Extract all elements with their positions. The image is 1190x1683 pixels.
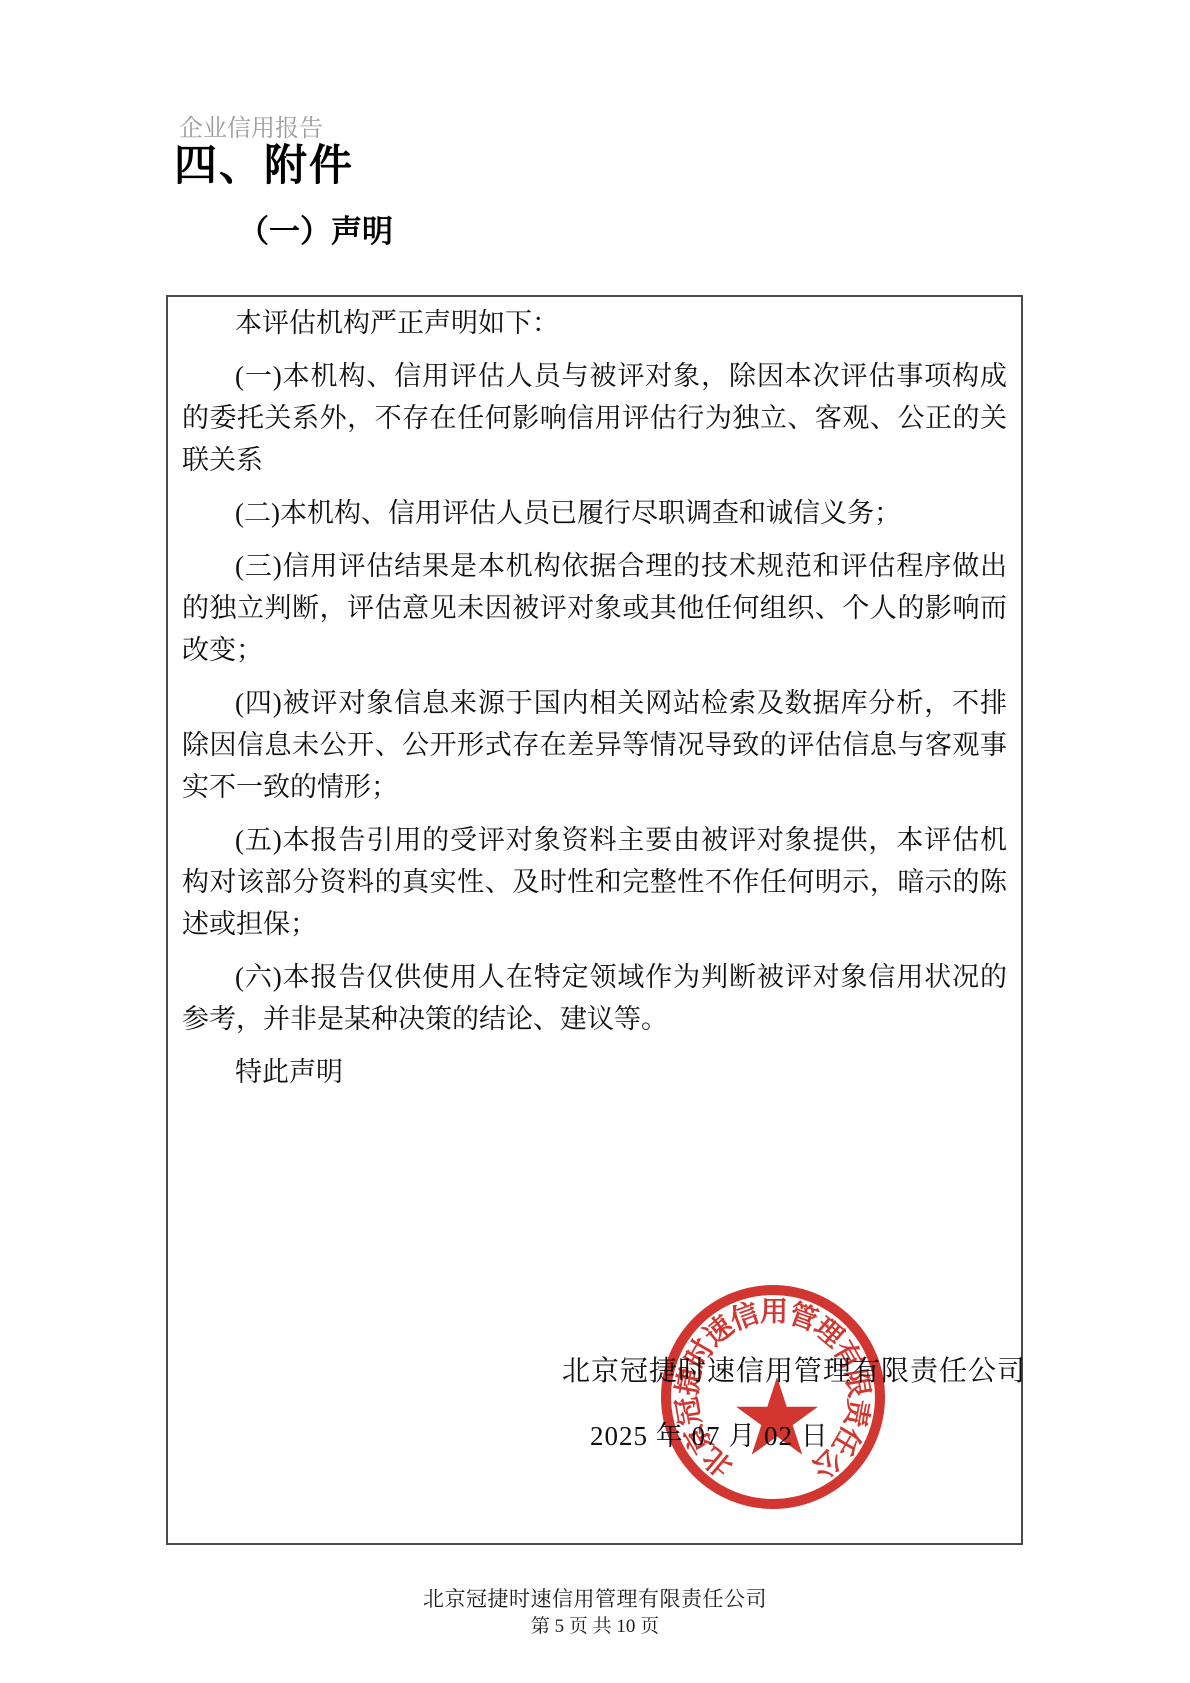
doc-type-label: 企业信用报告 <box>179 116 323 142</box>
credit-report-page: 企业信用报告 四、附件 （一）声明 本评估机构严正声明如下： (一)本机构、信用… <box>0 0 1190 1683</box>
declaration-intro: 本评估机构严正声明如下： <box>182 302 1007 344</box>
declaration-item-5: (五)本报告引用的受评对象资料主要由被评对象提供，本评估机构对该部分资料的真实性… <box>182 819 1007 945</box>
declaration-item-1: (一)本机构、信用评估人员与被评对象，除因本次评估事项构成的委托关系外，不存在任… <box>182 355 1007 481</box>
declaration-item-4: (四)被评对象信息来源于国内相关网站检索及数据库分析，不排除因信息未公开、公开形… <box>182 682 1007 808</box>
signature-company-name: 北京冠捷时速信用管理有限责任公司 <box>562 1349 1026 1389</box>
signature-date: 2025 年 07 月 02 日 <box>590 1414 829 1453</box>
declaration-closing: 特此声明 <box>182 1051 1007 1093</box>
footer-page-indicator: 第 5 页 共 10 页 <box>0 1613 1190 1641</box>
page-footer: 北京冠捷时速信用管理有限责任公司 第 5 页 共 10 页 <box>0 1585 1190 1641</box>
declaration-item-6: (六)本报告仅供使用人在特定领域作为判断被评对象信用状况的参考，并非是某种决策的… <box>182 956 1007 1040</box>
declaration-item-3: (三)信用评估结果是本机构依据合理的技术规范和评估程序做出的独立判断，评估意见未… <box>182 545 1007 671</box>
footer-company-name: 北京冠捷时速信用管理有限责任公司 <box>0 1585 1190 1613</box>
subsection-title-statement: （一）声明 <box>238 214 393 250</box>
declaration-item-2: (二)本机构、信用评估人员已履行尽职调查和诚信义务； <box>182 492 1007 534</box>
section-title-attachments: 四、附件 <box>174 143 354 189</box>
